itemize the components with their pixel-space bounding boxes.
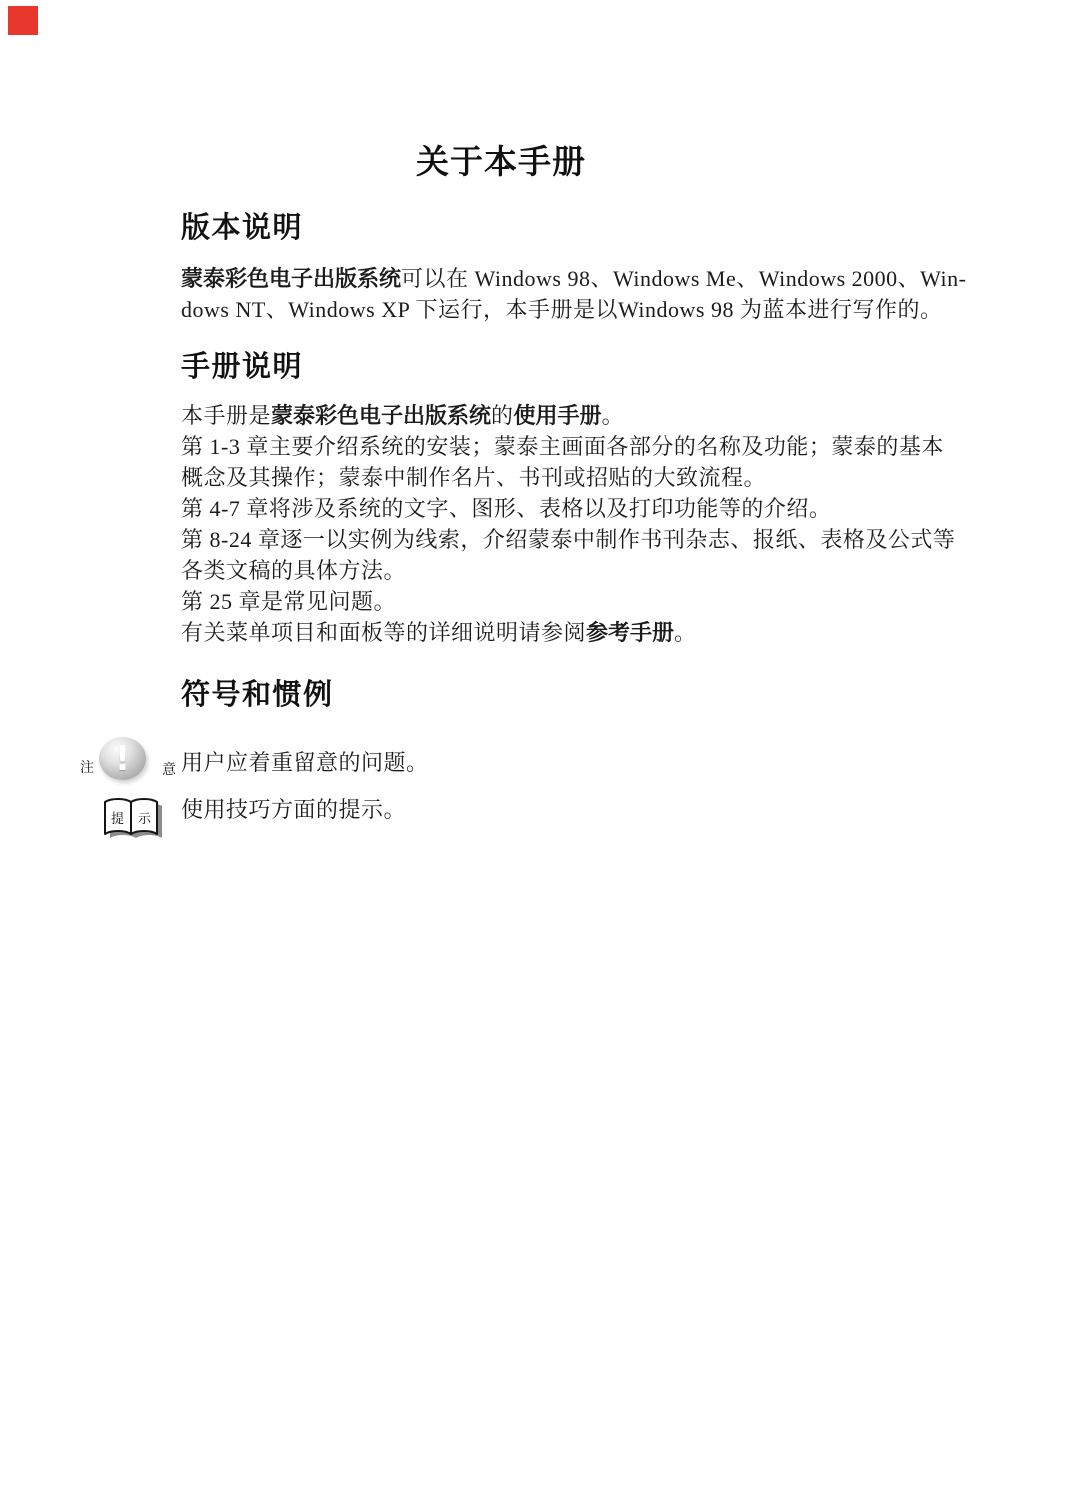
paragraph-manual: 本手册是蒙泰彩色电子出版系统的使用手册。 第 1-3 章主要介绍系统的安装；蒙泰… (181, 400, 971, 648)
page-title: 关于本手册 (0, 136, 1002, 183)
manual-page: 关于本手册 版本说明 蒙泰彩色电子出版系统可以在 Windows 98、Wind… (0, 0, 1073, 1488)
tip-label-right: 示 (138, 812, 152, 827)
text-line: 第 8-24 章逐一以实例为线索，介绍蒙泰中制作书刊杂志、报纸、表格及公式等 (181, 524, 971, 555)
text-segment: 。 (602, 403, 625, 428)
section-heading-symbols: 符号和惯例 (181, 672, 334, 713)
exclamation-ball-icon: ! (99, 737, 146, 780)
text-segment: 本手册是 (181, 403, 271, 428)
open-book-icon: 提 示 (99, 796, 165, 846)
text-line: 蒙泰彩色电子出版系统可以在 Windows 98、Windows Me、Wind… (181, 263, 971, 294)
paragraph-version: 蒙泰彩色电子出版系统可以在 Windows 98、Windows Me、Wind… (181, 263, 971, 325)
bold-text-segment: 使用手册 (514, 404, 602, 429)
note-label-right: 意 (162, 763, 176, 777)
red-corner-marker (8, 6, 38, 35)
text-segment: 可以在 Windows 98、Windows Me、Windows 2000、W… (401, 266, 967, 291)
text-line: 第 4-7 章将涉及系统的文字、图形、表格以及打印功能等的介绍。 (181, 493, 971, 524)
text-line: dows NT、Windows XP 下运行，本手册是以Windows 98 为… (181, 294, 971, 325)
text-line: 各类文稿的具体方法。 (181, 555, 971, 586)
text-segment: 各类文稿的具体方法。 (181, 558, 406, 583)
text-segment: 有关菜单项目和面板等的详细说明请参阅 (181, 620, 586, 645)
text-segment: 的 (491, 403, 514, 428)
text-segment: 第 4-7 章将涉及系统的文字、图形、表格以及打印功能等的介绍。 (181, 496, 831, 521)
text-segment: 第 25 章是常见问题。 (181, 589, 396, 614)
bold-text-segment: 参考手册 (586, 621, 674, 646)
note-label-left: 注 (80, 761, 94, 775)
text-line: 概念及其操作；蒙泰中制作名片、书刊或招贴的大致流程。 (181, 462, 971, 493)
bold-text-segment: 蒙泰彩色电子出版系统 (181, 267, 401, 292)
tip-label-left: 提 (111, 811, 124, 827)
section-heading-manual: 手册说明 (181, 344, 303, 385)
text-segment: 。 (674, 620, 697, 645)
bold-text-segment: 蒙泰彩色电子出版系统 (271, 404, 491, 429)
tip-text: 使用技巧方面的提示。 (181, 797, 406, 823)
text-line: 第 25 章是常见问题。 (181, 586, 971, 617)
text-line: 有关菜单项目和面板等的详细说明请参阅参考手册。 (181, 617, 971, 648)
text-segment: 第 1-3 章主要介绍系统的安装；蒙泰主画面各部分的名称及功能；蒙泰的基本 (181, 434, 944, 459)
text-segment: dows NT、Windows XP 下运行，本手册是以Windows 98 为… (181, 297, 942, 322)
note-icon: 注 ! 意 (78, 737, 176, 785)
exclamation-glyph: ! (115, 742, 131, 776)
section-heading-version: 版本说明 (181, 205, 303, 246)
text-segment: 第 8-24 章逐一以实例为线索，介绍蒙泰中制作书刊杂志、报纸、表格及公式等 (181, 527, 955, 552)
text-line: 第 1-3 章主要介绍系统的安装；蒙泰主画面各部分的名称及功能；蒙泰的基本 (181, 431, 971, 462)
note-text: 用户应着重留意的问题。 (181, 750, 429, 776)
text-segment: 概念及其操作；蒙泰中制作名片、书刊或招贴的大致流程。 (181, 465, 766, 490)
text-line: 本手册是蒙泰彩色电子出版系统的使用手册。 (181, 400, 971, 431)
